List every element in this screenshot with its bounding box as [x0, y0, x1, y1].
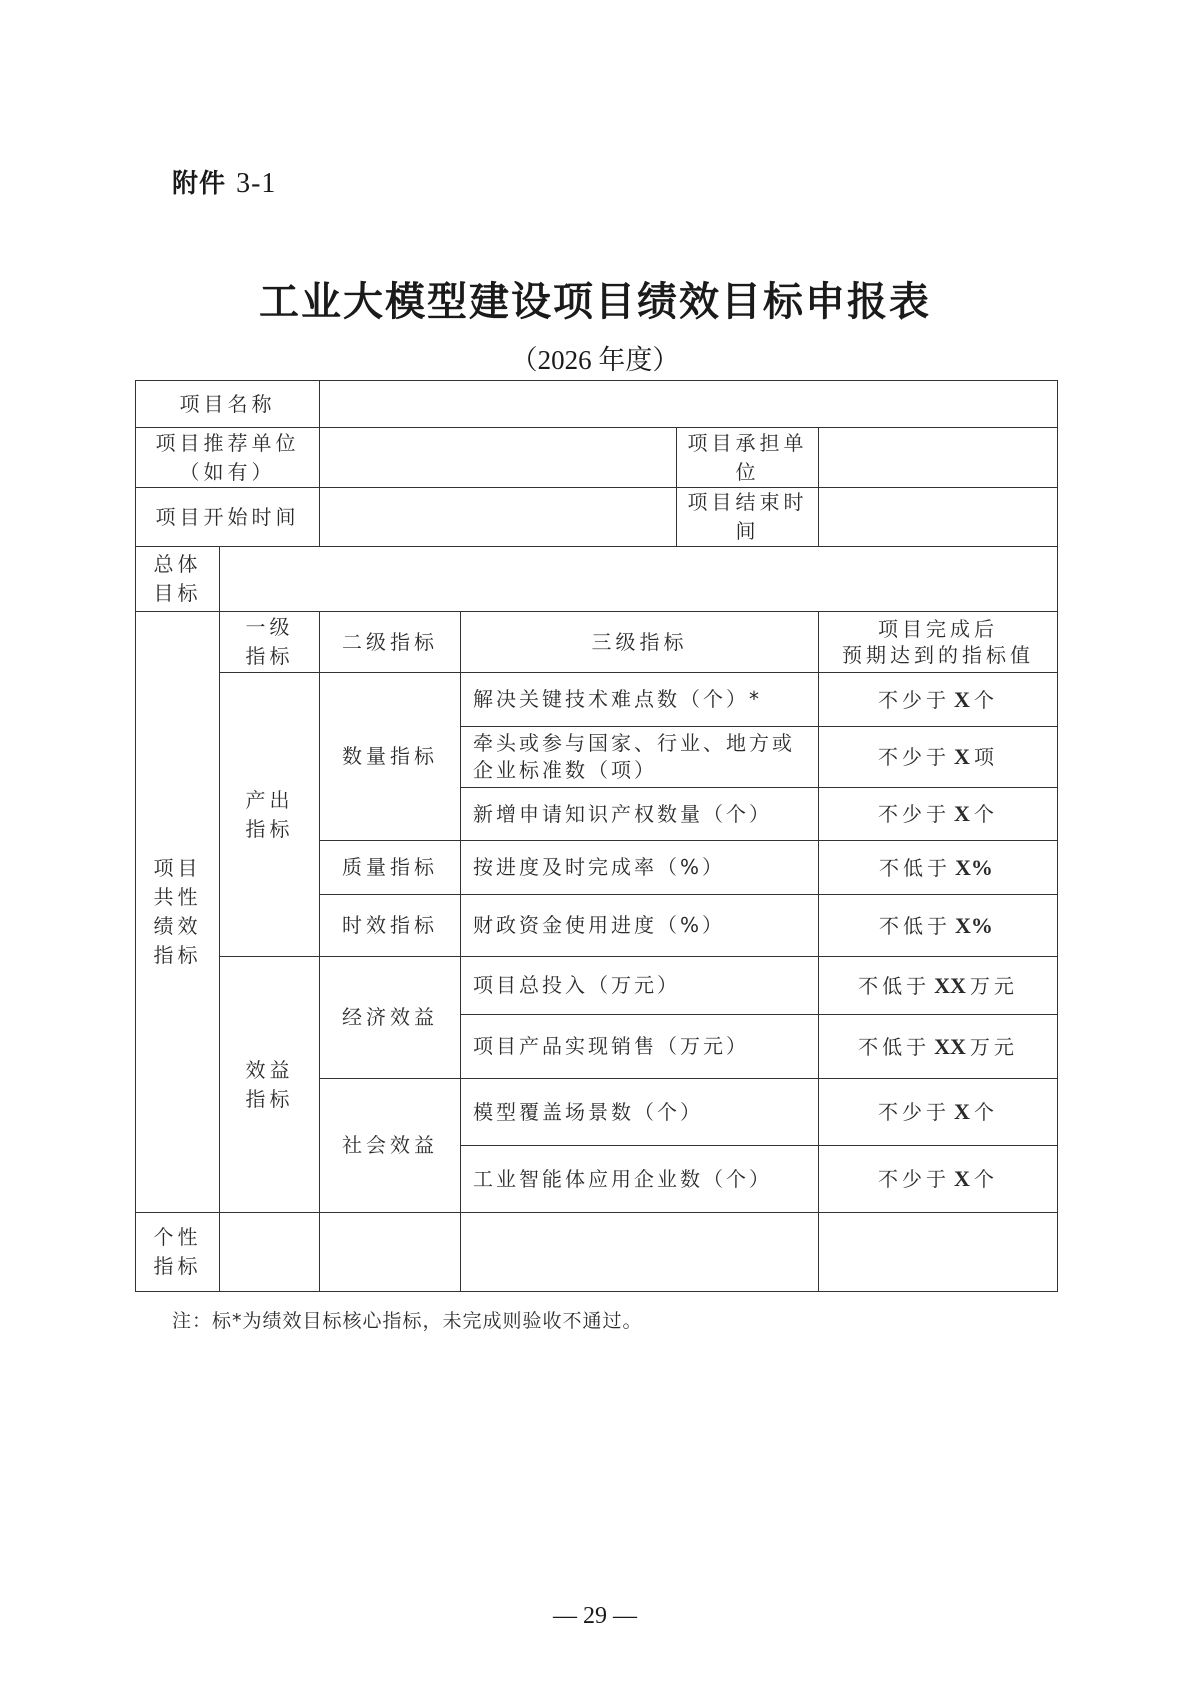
personal-label-line1: 个性 [144, 1223, 211, 1252]
target-value[interactable]: 不少于X个 [819, 1079, 1058, 1146]
row-personal-indicators: 个性 指标 [136, 1213, 1058, 1292]
overall-goal-field[interactable] [220, 547, 1058, 612]
section-label-line2: 共性 [144, 883, 211, 912]
target-prefix: 不低于 [858, 1035, 930, 1059]
start-time-field[interactable] [320, 488, 677, 547]
target-value[interactable]: 不少于X个 [819, 673, 1058, 727]
footnote: 注：标*为绩效目标核心指标，未完成则验收不通过。 [172, 1306, 643, 1333]
target-value[interactable]: 不低于X% [819, 895, 1058, 957]
level2-quantity: 数量指标 [320, 673, 461, 841]
level2-economic: 经济效益 [320, 957, 461, 1079]
row-times: 项目开始时间 项目结束时间 [136, 488, 1058, 547]
col-header-level3: 三级指标 [461, 612, 819, 673]
target-unit: 个 [974, 688, 998, 712]
overall-goal-label: 总体 目标 [136, 547, 220, 612]
recommend-unit-label: 项目推荐单位 （如有） [136, 428, 320, 488]
level2-social: 社会效益 [320, 1079, 461, 1213]
target-x: X [954, 801, 970, 826]
personal-target-field[interactable] [819, 1213, 1058, 1292]
level3-total-investment: 项目总投入（万元） [461, 957, 819, 1015]
section-label-line4: 指标 [144, 941, 211, 970]
page-number: — 29 — [0, 1603, 1190, 1630]
personal-indicators-label: 个性 指标 [136, 1213, 220, 1292]
personal-label-line2: 指标 [144, 1252, 211, 1281]
target-value[interactable]: 不少于X个 [819, 788, 1058, 841]
target-unit: 个 [974, 1100, 998, 1124]
target-x: X [954, 687, 970, 712]
level3-on-time-completion: 按进度及时完成率（%） [461, 841, 819, 895]
target-prefix: 不少于 [878, 688, 950, 712]
table-row: 产出 指标 数量指标 解决关键技术难点数（个）* 不少于X个 [136, 673, 1058, 727]
target-x: X [954, 1166, 970, 1191]
level1-output-line2: 指标 [228, 815, 311, 844]
section-label-line1: 项目 [144, 854, 211, 883]
target-unit: 个 [974, 1167, 998, 1191]
level3-ip-applications: 新增申请知识产权数量（个） [461, 788, 819, 841]
target-value[interactable]: 不少于X项 [819, 727, 1058, 788]
undertake-unit-field[interactable] [819, 428, 1058, 488]
target-prefix: 不少于 [878, 745, 950, 769]
recommend-unit-field[interactable] [320, 428, 677, 488]
target-prefix: 不少于 [878, 802, 950, 826]
target-x: X [954, 1099, 970, 1124]
level3-key-tech-difficulties: 解决关键技术难点数（个）* [461, 673, 819, 727]
common-indicator-section-label: 项目 共性 绩效 指标 [136, 612, 220, 1213]
target-x: X [954, 744, 970, 769]
target-x: XX [934, 1034, 966, 1059]
project-name-field[interactable] [320, 381, 1058, 428]
attachment-text: 附件 [172, 169, 226, 199]
col-header-target-line2: 预期达到的指标值 [827, 642, 1049, 668]
level1-output-line1: 产出 [228, 786, 311, 815]
target-prefix: 不少于 [878, 1167, 950, 1191]
row-overall-goal: 总体 目标 [136, 547, 1058, 612]
end-time-label: 项目结束时间 [677, 488, 819, 547]
level1-benefit-line1: 效益 [228, 1056, 311, 1085]
col-header-level1-line1: 一级 [228, 613, 311, 642]
end-time-field[interactable] [819, 488, 1058, 547]
target-value[interactable]: 不低于XX万元 [819, 957, 1058, 1015]
col-header-target-line1: 项目完成后 [827, 616, 1049, 642]
row-project-name: 项目名称 [136, 381, 1058, 428]
level3-scenario-coverage: 模型覆盖场景数（个） [461, 1079, 819, 1146]
level2-quality: 质量指标 [320, 841, 461, 895]
target-x: X% [955, 855, 993, 880]
indicator-header-row: 项目 共性 绩效 指标 一级 指标 二级指标 三级指标 项目完成后 预期达到的指… [136, 612, 1058, 673]
project-name-label: 项目名称 [136, 381, 320, 428]
personal-level2-field[interactable] [320, 1213, 461, 1292]
level1-output-indicators: 产出 指标 [220, 673, 320, 957]
attachment-label: 附件 3-1 [172, 163, 276, 200]
target-unit: 万元 [970, 1035, 1018, 1059]
attachment-number: 3-1 [236, 168, 276, 199]
col-header-target: 项目完成后 预期达到的指标值 [819, 612, 1058, 673]
target-unit: 万元 [970, 974, 1018, 998]
level3-standards-line2: 企业标准数（项） [473, 757, 810, 784]
target-unit: 项 [974, 745, 998, 769]
recommend-unit-label-line2: （如有） [144, 458, 311, 487]
start-time-label: 项目开始时间 [136, 488, 320, 547]
level2-timeliness: 时效指标 [320, 895, 461, 957]
personal-level3-field[interactable] [461, 1213, 819, 1292]
table-row: 效益 指标 经济效益 项目总投入（万元） 不低于XX万元 [136, 957, 1058, 1015]
level3-fund-usage: 财政资金使用进度（%） [461, 895, 819, 957]
level3-product-sales: 项目产品实现销售（万元） [461, 1015, 819, 1079]
page-title: 工业大模型建设项目绩效目标申报表 [0, 270, 1190, 327]
page-subtitle: （2026 年度） [0, 338, 1190, 377]
performance-goal-table: 项目名称 项目推荐单位 （如有） 项目承担单位 项目开始时间 项目结束时间 总体… [135, 380, 1058, 1292]
level3-standards-line1: 牵头或参与国家、行业、地方或 [473, 730, 810, 757]
row-units: 项目推荐单位 （如有） 项目承担单位 [136, 428, 1058, 488]
level1-benefit-indicators: 效益 指标 [220, 957, 320, 1213]
level1-benefit-line2: 指标 [228, 1085, 311, 1114]
target-prefix: 不少于 [878, 1100, 950, 1124]
undertake-unit-label: 项目承担单位 [677, 428, 819, 488]
target-prefix: 不低于 [858, 974, 930, 998]
personal-level1-field[interactable] [220, 1213, 320, 1292]
target-prefix: 不低于 [879, 914, 951, 938]
col-header-level1-line2: 指标 [228, 642, 311, 671]
level3-standards-count: 牵头或参与国家、行业、地方或 企业标准数（项） [461, 727, 819, 788]
overall-goal-label-line1: 总体 [144, 550, 211, 579]
col-header-level2: 二级指标 [320, 612, 461, 673]
target-value[interactable]: 不低于XX万元 [819, 1015, 1058, 1079]
section-label-line3: 绩效 [144, 912, 211, 941]
overall-goal-label-line2: 目标 [144, 579, 211, 608]
level3-agent-enterprises: 工业智能体应用企业数（个） [461, 1146, 819, 1213]
target-value[interactable]: 不低于X% [819, 841, 1058, 895]
target-value[interactable]: 不少于X个 [819, 1146, 1058, 1213]
target-unit: 个 [974, 802, 998, 826]
col-header-level1: 一级 指标 [220, 612, 320, 673]
recommend-unit-label-line1: 项目推荐单位 [144, 429, 311, 458]
target-x: XX [934, 973, 966, 998]
target-prefix: 不低于 [879, 856, 951, 880]
target-x: X% [955, 913, 993, 938]
